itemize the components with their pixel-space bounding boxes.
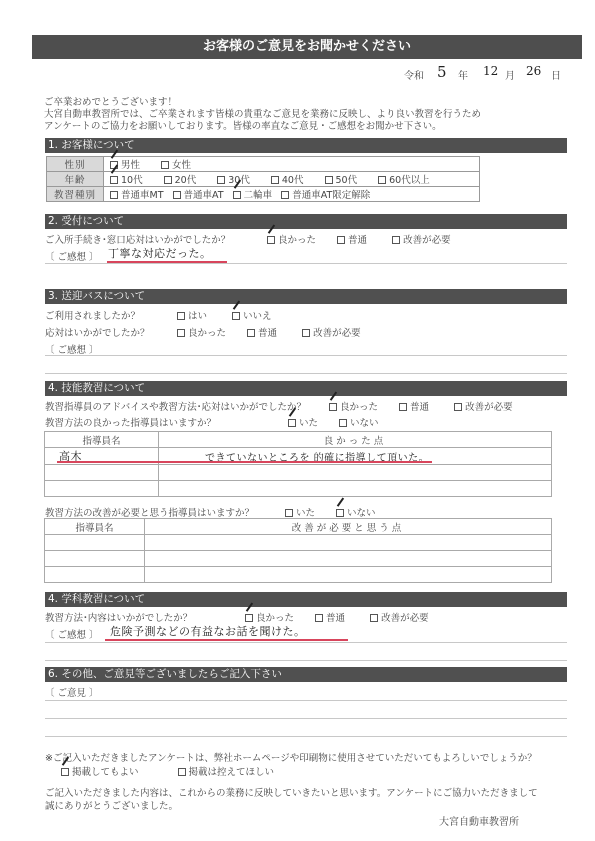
intro-line-3: アンケートのご協力をお願いしております。皆様の率直なご意見・ご感想をお聞かせ下さ… <box>44 118 442 132</box>
course-type-row: 教習種別 普通車MT 普通車AT 二輪車 普通車AT限定解除 <box>47 187 480 202</box>
course-at-limit-removal-option[interactable]: 普通車AT限定解除 <box>281 187 370 201</box>
good-points-cell[interactable] <box>159 481 552 497</box>
section-2-header: 2. 受付について <box>45 214 567 229</box>
checkbox-icon[interactable] <box>339 419 347 427</box>
bus-service-good-option[interactable]: 良かった <box>177 325 226 339</box>
checkbox-checked-icon[interactable] <box>336 509 344 517</box>
instructor-name-header: 指導員名 <box>45 519 145 535</box>
lecture-normal-option[interactable]: 普通 <box>315 610 345 624</box>
checkbox-checked-icon[interactable] <box>110 176 118 184</box>
improve-instructor-options: いた いない <box>285 505 394 519</box>
checkbox-icon[interactable] <box>399 403 407 411</box>
section-3-header: 3. 送迎バスについて <box>45 289 567 304</box>
lecture-comment-label: 〔 ご感想 〕 <box>45 627 99 641</box>
instructor-name-cell[interactable] <box>45 535 145 551</box>
instructor-name-cell[interactable] <box>45 567 145 583</box>
checkbox-icon[interactable] <box>271 176 279 184</box>
instructor-service-question: 教習指導員のアドバイスや教習方法･応対はいかがでしたか？ <box>45 399 306 413</box>
reception-improve-option[interactable]: 改善が必要 <box>392 232 451 246</box>
publish-question: ※ご記入いただきましたアンケートは、弊社ホームページや印刷物に使用させていただい… <box>45 750 537 764</box>
checkbox-icon[interactable] <box>337 236 345 244</box>
publish-options: 掲載してもよい 掲載は控えてほしい <box>61 764 292 778</box>
reception-question: ご入所手続き･窓口応対はいかがでしたか？ <box>45 232 230 246</box>
date-day-field[interactable]: 26 <box>526 64 541 78</box>
bus-usage-yes-option[interactable]: はい <box>177 308 207 322</box>
age-row: 年齢 10代 20代 30代 40代 50代 60代以上 <box>47 172 480 187</box>
checkbox-icon[interactable] <box>110 191 118 199</box>
table-header-row: 指導員名 良かった点 <box>45 432 552 448</box>
checkbox-icon[interactable] <box>454 403 462 411</box>
section-4-header: 4. 技能教習について <box>45 381 567 396</box>
date-day-unit: 日 <box>551 67 561 82</box>
date-year-unit: 年 <box>458 67 468 82</box>
red-underline <box>105 639 348 641</box>
publish-allow-option[interactable]: 掲載してもよい <box>61 764 139 778</box>
form-title: お客様のご意見をお聞かせください <box>32 35 582 59</box>
bus-service-options: 良かった 普通 改善が必要 <box>177 325 379 339</box>
comment-line <box>45 355 567 356</box>
instructor-name-cell[interactable] <box>45 465 159 481</box>
improve-points-cell[interactable] <box>145 535 552 551</box>
age-label: 年齢 <box>47 172 104 187</box>
improve-instructor-table: 指導員名 改善が必要と思う点 <box>44 518 552 583</box>
reception-normal-option[interactable]: 普通 <box>337 232 367 246</box>
good-instructor-question: 教習方法の良かった指導員はいますか？ <box>45 415 216 429</box>
date-era: 令和 <box>404 67 424 82</box>
comment-line <box>45 642 567 643</box>
good-instructor-options: いた いない <box>288 415 397 429</box>
instructor-service-options: 良かった 普通 改善が必要 <box>329 399 531 413</box>
checkbox-icon[interactable] <box>315 614 323 622</box>
improve-points-cell[interactable] <box>145 567 552 583</box>
table-row <box>45 535 552 551</box>
instructor-service-good-option[interactable]: 良かった <box>329 399 378 413</box>
section-5-header: 4. 学科教習について <box>45 592 567 607</box>
checkbox-icon[interactable] <box>281 191 289 199</box>
improve-instructor-yes-option[interactable]: いた <box>285 505 315 519</box>
improve-points-cell[interactable] <box>145 551 552 567</box>
age-10s-option[interactable]: 10代 <box>110 172 143 186</box>
bus-comment-label: 〔 ご感想 〕 <box>45 342 99 356</box>
age-20s-option[interactable]: 20代 <box>164 172 197 186</box>
customer-info-table: 性別 男性 女性 年齢 10代 20代 30代 40代 50代 60代以上 教習… <box>46 156 480 202</box>
reception-comment-field[interactable]: 丁寧な対応だった。 <box>108 245 212 261</box>
good-points-cell[interactable] <box>159 465 552 481</box>
bus-service-normal-option[interactable]: 普通 <box>247 325 277 339</box>
table-row <box>45 567 552 583</box>
bus-service-question: 応対はいかがでしたか？ <box>45 325 150 339</box>
table-row <box>45 551 552 567</box>
checkbox-icon[interactable] <box>178 768 186 776</box>
date-month-unit: 月 <box>505 67 515 82</box>
course-motorcycle-option[interactable]: 二輪車 <box>233 187 273 201</box>
comment-line <box>45 718 567 719</box>
gender-female-option[interactable]: 女性 <box>161 157 191 171</box>
good-instructor-no-option[interactable]: いない <box>339 415 379 429</box>
checkbox-icon[interactable] <box>177 329 185 337</box>
comment-line <box>45 373 567 374</box>
course-type-label: 教習種別 <box>47 187 104 202</box>
date-month-field[interactable]: 12 <box>483 64 498 78</box>
lecture-comment-field[interactable]: 危険予測などの有益なお話を聞けた。 <box>110 623 306 639</box>
checkbox-icon[interactable] <box>164 176 172 184</box>
instructor-service-improve-option[interactable]: 改善が必要 <box>454 399 513 413</box>
other-comment-label: 〔 ご意見 〕 <box>45 685 99 699</box>
checkbox-icon[interactable] <box>247 329 255 337</box>
red-underline <box>57 461 432 463</box>
improve-points-header: 改善が必要と思う点 <box>145 519 552 535</box>
section-1-header: 1. お客様について <box>45 138 567 153</box>
closing-line-1: ご記入いただきました内容は、これからの業務に反映していきたいと思います。アンケー… <box>45 785 538 799</box>
checkbox-icon[interactable] <box>392 236 400 244</box>
bus-usage-no-option[interactable]: いいえ <box>232 308 272 322</box>
course-mt-option[interactable]: 普通車MT <box>110 187 164 201</box>
age-60s-plus-option[interactable]: 60代以上 <box>378 172 430 186</box>
gender-label: 性別 <box>47 157 104 172</box>
age-30s-option[interactable]: 30代 <box>217 172 250 186</box>
table-header-row: 指導員名 改善が必要と思う点 <box>45 519 552 535</box>
instructor-name-cell[interactable] <box>45 551 145 567</box>
checkbox-checked-icon[interactable] <box>245 614 253 622</box>
table-row <box>45 481 552 497</box>
checkbox-icon[interactable] <box>325 176 333 184</box>
checkbox-icon[interactable] <box>161 161 169 169</box>
comment-line <box>45 700 567 701</box>
gender-row: 性別 男性 女性 <box>47 157 480 172</box>
bus-usage-question: ご利用されましたか？ <box>45 308 140 322</box>
reception-comment-label: 〔 ご感想 〕 <box>45 249 99 263</box>
lecture-options: 良かった 普通 改善が必要 <box>245 610 447 624</box>
lecture-good-option[interactable]: 良かった <box>245 610 294 624</box>
checkbox-icon[interactable] <box>302 329 310 337</box>
lecture-question: 教習方法･内容はいかがでしたか？ <box>45 610 192 624</box>
good-instructor-yes-option[interactable]: いた <box>288 415 318 429</box>
reception-good-option[interactable]: 良かった <box>267 232 316 246</box>
checkbox-checked-icon[interactable] <box>329 403 337 411</box>
course-at-option[interactable]: 普通車AT <box>173 187 224 201</box>
improve-instructor-no-option[interactable]: いない <box>336 505 376 519</box>
bus-usage-options: はい いいえ <box>177 308 290 322</box>
checkbox-icon[interactable] <box>177 312 185 320</box>
instructor-name-header: 指導員名 <box>45 432 159 448</box>
age-40s-option[interactable]: 40代 <box>271 172 304 186</box>
publish-decline-option[interactable]: 掲載は控えてほしい <box>178 764 275 778</box>
checkbox-checked-icon[interactable] <box>267 236 275 244</box>
comment-line <box>45 736 567 737</box>
good-points-header: 良かった点 <box>159 432 552 448</box>
age-50s-option[interactable]: 50代 <box>325 172 358 186</box>
comment-line <box>45 660 567 661</box>
checkbox-checked-icon[interactable] <box>288 419 296 427</box>
good-instructor-table: 指導員名 良かった点 高木 できていないところを 的確に指導して頂いた。 <box>44 431 552 497</box>
checkbox-icon[interactable] <box>370 614 378 622</box>
checkbox-icon[interactable] <box>173 191 181 199</box>
instructor-service-normal-option[interactable]: 普通 <box>399 399 429 413</box>
checkbox-checked-icon[interactable] <box>233 191 241 199</box>
signature: 大宮自動車教習所 <box>439 813 519 828</box>
checkbox-checked-icon[interactable] <box>232 312 240 320</box>
section-6-header: 6. その他、ご意見等ございましたらご記入下さい <box>45 667 567 682</box>
checkbox-icon[interactable] <box>217 176 225 184</box>
reception-options: 良かった 普通 改善が必要 <box>267 232 469 246</box>
instructor-name-cell[interactable] <box>45 481 159 497</box>
lecture-improve-option[interactable]: 改善が必要 <box>370 610 429 624</box>
checkbox-checked-icon[interactable] <box>61 768 69 776</box>
bus-service-improve-option[interactable]: 改善が必要 <box>302 325 361 339</box>
checkbox-icon[interactable] <box>378 176 386 184</box>
comment-line <box>45 263 567 264</box>
checkbox-icon[interactable] <box>285 509 293 517</box>
table-row <box>45 465 552 481</box>
date-year-field[interactable]: 5 <box>437 63 447 81</box>
improve-instructor-question: 教習方法の改善が必要と思う指導員はいますか？ <box>45 505 254 519</box>
closing-line-2: 誠にありがとうございました。 <box>45 798 178 812</box>
